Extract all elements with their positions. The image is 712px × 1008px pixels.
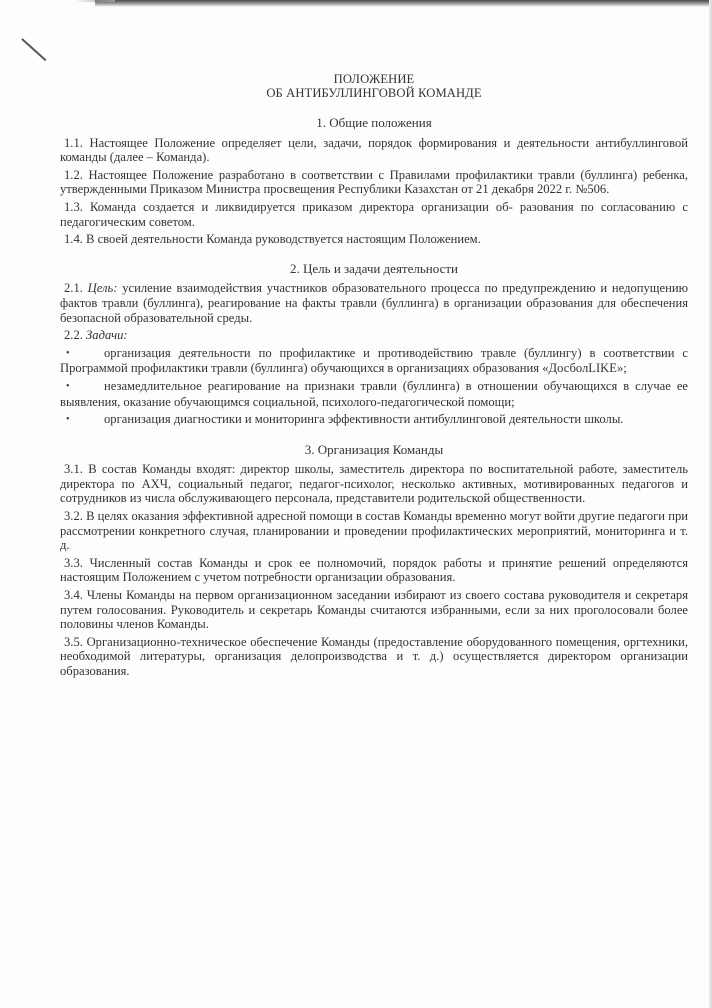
scan-top-edge-shadow — [95, 0, 712, 7]
document-page: ПОЛОЖЕНИЕ ОБ АНТИБУЛЛИНГОВОЙ КОМАНДЕ 1. … — [60, 72, 688, 682]
paragraph-text: Настоящее Положение определяет цели, зад… — [60, 136, 688, 165]
bullet-icon: • — [60, 347, 104, 362]
bullet-text: незамедлительное реагирование на признак… — [60, 379, 688, 409]
paragraph-number: 3.2. — [62, 509, 83, 523]
paragraph-2-1: 2.1. Цель: усиление взаимодействия участ… — [60, 281, 688, 325]
section-heading-3: 3. Организация Команды — [60, 443, 688, 458]
paragraph-1-1: 1.1. Настоящее Положение определяет цели… — [60, 136, 688, 165]
title-line-1: ПОЛОЖЕНИЕ — [60, 72, 688, 86]
bullet-icon: • — [60, 413, 104, 428]
paragraph-3-5: 3.5. Организационно-техническое обеспече… — [60, 635, 688, 679]
bullet-item: •организация деятельности по профилактик… — [60, 346, 688, 376]
paragraph-3-1: 3.1. В состав Команды входят: директор ш… — [60, 462, 688, 506]
paragraph-1-4: 1.4. В своей деятельности Команда руково… — [60, 232, 688, 247]
paragraph-3-3: 3.3. Численный состав Команды и срок ее … — [60, 556, 688, 585]
bullet-item: •незамедлительное реагирование на призна… — [60, 379, 688, 409]
title-line-2: ОБ АНТИБУЛЛИНГОВОЙ КОМАНДЕ — [60, 86, 688, 100]
paragraph-text: Численный состав Команды и срок ее полно… — [60, 556, 688, 585]
paragraph-2-2: 2.2. Задачи: — [60, 328, 688, 343]
paragraph-label: Задачи: — [86, 328, 128, 342]
paragraph-text: В состав Команды входят: директор школы,… — [60, 462, 688, 505]
paragraph-1-3: 1.3. Команда создается и ликвидируется п… — [60, 200, 688, 229]
bullet-item: •организация диагностики и мониторинга э… — [60, 412, 688, 428]
paragraph-text: Члены Команды на первом организационном … — [60, 588, 688, 631]
paragraph-label: Цель: — [88, 281, 118, 295]
bullet-text: организация диагностики и мониторинга эф… — [104, 412, 623, 426]
paragraph-number: 1.3. — [62, 200, 83, 214]
paragraph-1-2: 1.2. Настоящее Положение разработано в с… — [60, 168, 688, 197]
paragraph-text: Команда создается и ликвидируется приказ… — [60, 200, 688, 229]
pen-stroke-mark — [21, 38, 46, 61]
paragraph-3-4: 3.4. Члены Команды на первом организацио… — [60, 588, 688, 632]
paragraph-text: В целях оказания эффективной адресной по… — [60, 509, 688, 552]
paragraph-number: 3.5. — [62, 635, 83, 649]
bullet-icon: • — [60, 380, 104, 395]
paragraph-text: усиление взаимодействия участников образ… — [60, 281, 688, 324]
paragraph-text: Организационно-техническое обеспечение К… — [60, 635, 688, 678]
paragraph-number: 1.4. — [62, 232, 83, 246]
paragraph-number: 3.4. — [62, 588, 83, 602]
paragraph-number: 3.1. — [62, 462, 83, 476]
paragraph-number: 2.1. — [62, 281, 83, 295]
paragraph-number: 2.2. — [62, 328, 83, 342]
paragraph-text: Настоящее Положение разработано в соотве… — [60, 168, 688, 197]
bullet-text: организация деятельности по профилактике… — [60, 346, 688, 376]
document-title: ПОЛОЖЕНИЕ ОБ АНТИБУЛЛИНГОВОЙ КОМАНДЕ — [60, 72, 688, 100]
paragraph-number: 1.2. — [62, 168, 83, 182]
paragraph-number: 3.3. — [62, 556, 83, 570]
paragraph-text: В своей деятельности Команда руководству… — [86, 232, 481, 246]
paragraph-number: 1.1. — [62, 136, 83, 150]
section-heading-2: 2. Цель и задачи деятельности — [60, 262, 688, 277]
paragraph-3-2: 3.2. В целях оказания эффективной адресн… — [60, 509, 688, 553]
section-heading-1: 1. Общие положения — [60, 116, 688, 131]
